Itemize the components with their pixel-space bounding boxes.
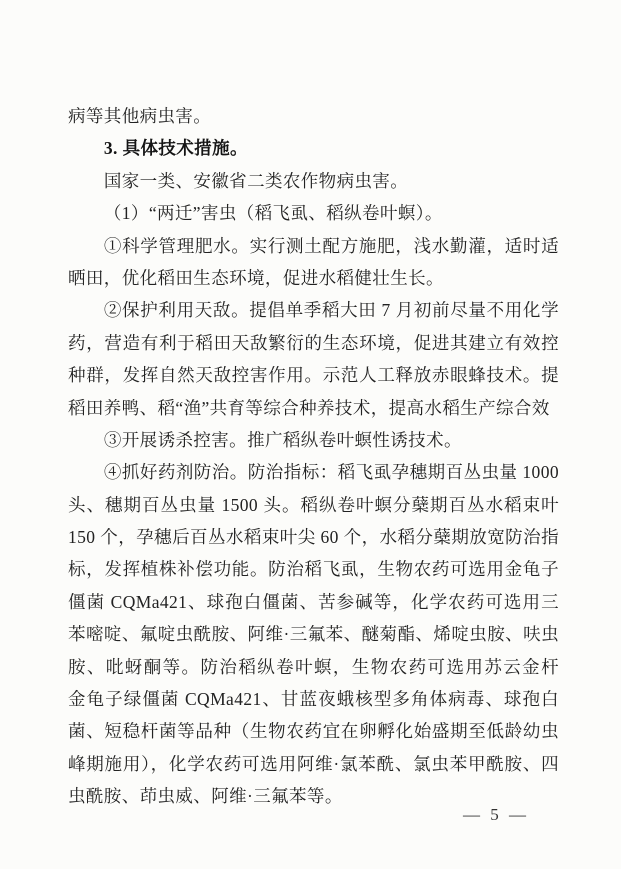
- text-line: 金龟子绿僵菌 CQMa421、甘蓝夜蛾核型多角体病毒、球孢白僵: [68, 683, 559, 715]
- text-line: 稻田养鸭、稻“渔”共育等综合种养技术，提高水稻生产综合效益。: [68, 392, 559, 424]
- text-line: 胺、吡蚜酮等。防治稻纵卷叶螟，生物农药可选用苏云金杆菌、: [68, 651, 559, 683]
- text-line: 僵菌 CQMa421、球孢白僵菌、苦参碱等，化学农药可选用三氟: [68, 586, 559, 618]
- document-page: 病等其他病虫害。3. 具体技术措施。国家一类、安徽省二类农作物病虫害。（1）“两…: [0, 0, 621, 869]
- text-line: （1）“两迁”害虫（稻飞虱、稻纵卷叶螟）。: [68, 197, 559, 229]
- text-line: ③开展诱杀控害。推广稻纵卷叶螟性诱技术。: [68, 424, 559, 456]
- text-line: 标，发挥植株补偿功能。防治稻飞虱，生物农药可选用金龟子绿: [68, 553, 559, 585]
- text-line: 晒田，优化稻田生态环境，促进水稻健壮生长。: [68, 262, 559, 294]
- text-line: 峰期施用），化学农药可选用阿维·氯苯酰、氯虫苯甲酰胺、四氯: [68, 748, 559, 780]
- text-line: 国家一类、安徽省二类农作物病虫害。: [68, 165, 559, 197]
- text-line: 150 个，孕穗后百丛水稻束叶尖 60 个，水稻分蘖期放宽防治指: [68, 521, 559, 553]
- heading-line: 3. 具体技术措施。: [68, 132, 559, 164]
- text-line: 种群，发挥自然天敌控害作用。示范人工释放赤眼蜂技术。提倡: [68, 359, 559, 391]
- text-line: ①科学管理肥水。实行测土配方施肥，浅水勤灌，适时适度: [68, 230, 559, 262]
- text-line: 菌、短稳杆菌等品种（生物农药宜在卵孵化始盛期至低龄幼虫高: [68, 715, 559, 747]
- text-line: ②保护利用天敌。提倡单季稻大田 7 月初前尽量不用化学农: [68, 294, 559, 326]
- text-line: 苯嘧啶、氟啶虫酰胺、阿维·三氟苯、醚菊酯、烯啶虫胺、呋虫: [68, 618, 559, 650]
- document-text-block: 病等其他病虫害。3. 具体技术措施。国家一类、安徽省二类农作物病虫害。（1）“两…: [68, 100, 559, 813]
- text-line: 头、穗期百丛虫量 1500 头。稻纵卷叶螟分蘖期百丛水稻束叶尖: [68, 489, 559, 521]
- text-line: ④抓好药剂防治。防治指标：稻飞虱孕穗期百丛虫量 1000: [68, 456, 559, 488]
- text-line: 病等其他病虫害。: [68, 100, 559, 132]
- text-line: 药，营造有利于稻田天敌繁衍的生态环境，促进其建立有效控害: [68, 327, 559, 359]
- page-number: — 5 —: [463, 800, 529, 830]
